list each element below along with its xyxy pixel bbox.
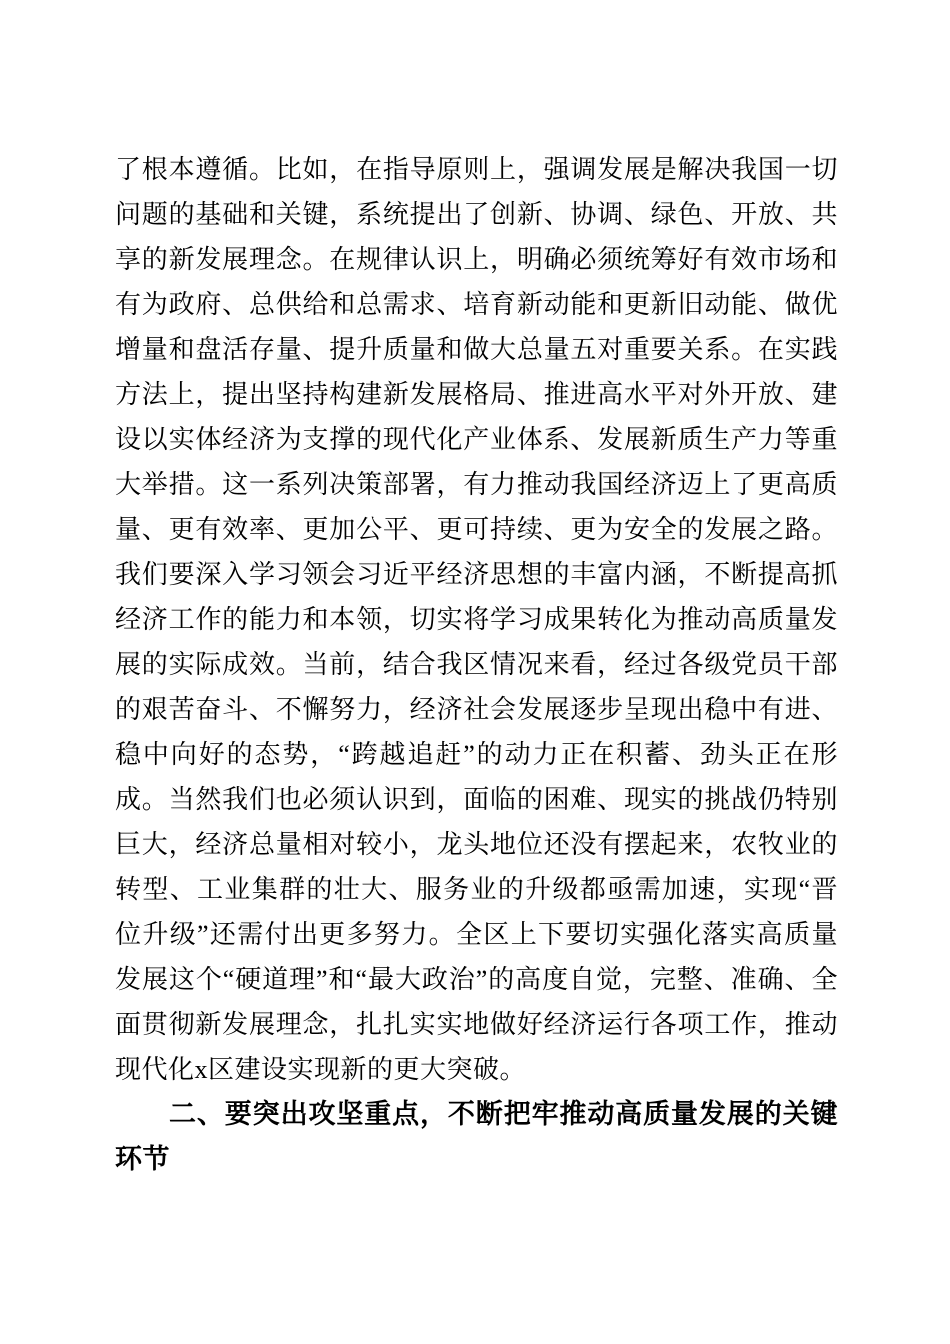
body-paragraph: 了根本遵循。比如，在指导原则上，强调发展是解决我国一切问题的基础和关键，系统提出… (115, 147, 838, 1092)
section-heading: 二、要突出攻坚重点，不断把牢推动高质量发展的关键环节 (115, 1092, 838, 1182)
document-page: 了根本遵循。比如，在指导原则上，强调发展是解决我国一切问题的基础和关键，系统提出… (0, 0, 950, 1344)
